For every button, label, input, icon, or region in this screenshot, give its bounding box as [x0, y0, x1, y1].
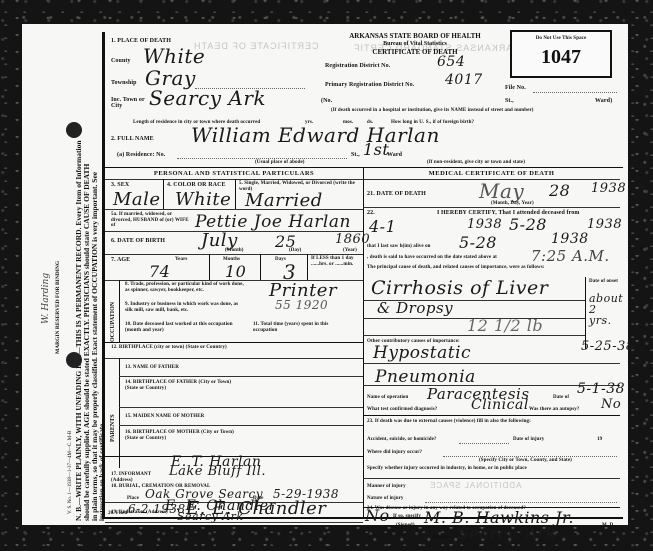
age-months-value: 10 — [225, 262, 246, 281]
death-said-label: , death is said to have occurred on the … — [367, 255, 517, 260]
accident-label: Accident, suicide, or homicide? — [367, 437, 437, 442]
town-label: Inc. Town or City — [111, 97, 151, 109]
bureau-name: Bureau of Vital Statistics — [315, 40, 515, 48]
md-label: M. D. — [602, 523, 615, 528]
street-label: St., — [505, 98, 514, 104]
father-name-label: 13. NAME OF FATHER — [125, 365, 179, 370]
cause-of-death-label: The principal cause of death, and relate… — [367, 265, 617, 271]
office-use-box: Do Not Use This Space 1047 — [510, 30, 612, 78]
county-value: White — [143, 44, 205, 68]
ward-label: Ward) — [595, 98, 612, 104]
medical-certificate-column: MEDICAL CERTIFICATE OF DEATH 21. DATE OF… — [363, 167, 620, 525]
bleed-through-text: ADDITIONAL SPACE — [429, 481, 521, 490]
date-of-onset-label: Date of onset — [589, 279, 619, 285]
attended-from-value: 4-1 — [369, 217, 396, 236]
where-injury-label: Where did injury occur? — [367, 450, 422, 455]
year-caption: (Year) — [343, 248, 357, 253]
test-value: Clinical — [471, 397, 529, 413]
town-value: Searcy Ark — [149, 86, 266, 110]
registration-district-value: 654 — [437, 54, 465, 70]
color-race-label: 4. COLOR OR RACE — [167, 182, 226, 188]
cause-1-onset-value: about 2 yrs. — [589, 293, 619, 326]
autopsy-value: No — [601, 397, 621, 412]
death-certificate-page: V. S. No. 1—1938—1-37—4M—C. M-B N. B.—WR… — [22, 24, 628, 525]
filed-label: 20. Filed — [108, 511, 127, 516]
manner-of-injury-label: Manner of injury — [367, 484, 406, 489]
specify-place-note: (Specify City or Town, County, and State… — [479, 458, 572, 463]
date-of-death-label: 21. DATE OF DEATH — [367, 191, 426, 197]
binding-note-handwritten: W. Harding — [42, 273, 51, 324]
month-day-year-caption: (Month, Day, Year) — [491, 201, 534, 206]
operation-date-value: 5-1-38 — [577, 381, 625, 397]
industry-label: 9. Industry or business in which work wa… — [125, 302, 245, 313]
birthplace-label: 12. BIRTHPLACE (city or town) (State or … — [111, 345, 311, 351]
other-cause-2-value: Pneumonia — [375, 367, 476, 387]
spouse-label: 5a. If married, widowed, or divorced, HU… — [111, 212, 191, 229]
residence-ward-value: 1st — [363, 140, 389, 159]
trade-label: 8. Trade, profession, or particular kind… — [125, 282, 245, 293]
informant-label: 17. INFORMANT (Address) — [111, 472, 171, 483]
specify-where-label: Specify whether injury occurred in indus… — [367, 466, 527, 471]
binding-margin-label: MARGIN RESERVED FOR BINDING — [54, 261, 63, 354]
township-label: Township — [111, 80, 137, 86]
age-years-value: 74 — [149, 262, 170, 281]
color-race-value: White — [175, 189, 231, 210]
file-no-label: File No. — [505, 85, 526, 91]
marital-status-value: Married — [245, 190, 323, 211]
residence-label: (a) Residence: No. — [117, 152, 165, 158]
full-name-label: 2. FULL NAME — [111, 136, 154, 142]
registration-district-label: Registration District No. — [325, 63, 390, 69]
mother-birthplace-label: 16. BIRTHPLACE OF MOTHER (City or Town) … — [125, 430, 235, 441]
residence-street-label: St., — [351, 152, 360, 158]
last-saw-label: that I last saw h(im) alive on — [367, 244, 431, 249]
external-causes-label: 23. If death was due to external causes … — [367, 419, 617, 425]
certificate-title: CERTIFICATE OF DEATH — [315, 48, 515, 56]
residence-ward-label: Ward — [387, 152, 402, 158]
certificate-number: 1047 — [512, 46, 610, 69]
office-use-label: Do Not Use This Space — [512, 36, 610, 41]
age-label: 7. AGE — [111, 257, 130, 263]
attended-to-year-value: 1938 — [587, 217, 622, 232]
physician-address-label: Address — [432, 535, 450, 540]
father-birthplace-label: 14. BIRTHPLACE OF FATHER (City or Town) … — [125, 380, 235, 391]
full-name-value: William Edward Harlan — [191, 123, 440, 147]
death-day-value: 28 — [549, 181, 570, 200]
parents-vertical-label: PARENTS — [109, 414, 118, 442]
punch-hole-top — [66, 122, 82, 138]
cause-1-value: Cirrhosis of Liver — [371, 277, 548, 299]
filed-date-value: 6-2 1938 — [128, 502, 186, 516]
operation-label: Name of operation — [367, 395, 408, 400]
medical-certificate-title: MEDICAL CERTIFICATE OF DEATH — [363, 170, 620, 177]
physician-address-value: Searcy, Ark — [458, 524, 556, 543]
death-month-value: May — [479, 179, 524, 203]
attended-to-value: 5-28 — [509, 215, 547, 234]
last-saw-value: 5-28 — [459, 233, 497, 252]
personal-particulars-title: PERSONAL AND STATISTICAL PARTICULARS — [105, 170, 363, 177]
date-of-birth-label: 6. DATE OF BIRTH — [111, 238, 165, 244]
punch-hole-bottom — [66, 352, 82, 368]
cause-2-value: & Dropsy — [377, 299, 453, 317]
occupation-vertical-label: OCCUPATION — [109, 302, 118, 342]
operation-date-label: Date of — [553, 395, 569, 400]
injury-year-prefix: 19 — [597, 437, 602, 442]
nonresident-note: (If non-resident, give city or town and … — [427, 160, 525, 165]
age-years-label: Years — [175, 257, 187, 262]
day-caption: (Day) — [289, 248, 301, 253]
mother-name-label: 15. MAIDEN NAME OF MOTHER — [125, 414, 204, 419]
time-of-death-value: 7:25 A.M. — [531, 247, 610, 265]
nature-of-injury-label: Nature of injury — [367, 496, 404, 501]
sex-label: 3. SEX — [111, 182, 129, 188]
registrar-signature: E. E. Chandler — [186, 498, 326, 519]
death-year-value: 1938 — [591, 181, 626, 196]
certificate-header: ARKANSAS STATE BOARD OF HEALTH Bureau of… — [315, 32, 515, 56]
other-cause-1-value: Hypostatic — [373, 343, 471, 363]
spouse-value: Pettie Joe Harlan — [195, 212, 351, 232]
test-label: What test confirmed diagnosis? — [367, 407, 437, 412]
signed-label: (Signed) — [396, 523, 415, 528]
last-saw-year-value: 1938 — [551, 231, 589, 247]
industry-value: 55 1920 — [275, 298, 328, 312]
last-worked-label: 10. Date deceased last worked at this oc… — [125, 322, 245, 333]
hospital-note: (If death occurred in a hospital or inst… — [331, 108, 534, 113]
burial-place-label: Place — [127, 496, 139, 501]
usual-abode-note: (Usual place of abode) — [255, 160, 305, 165]
street-no-label: (No. — [321, 98, 332, 104]
primary-registration-value: 4017 — [445, 72, 483, 88]
bleed-through-text: CERTIFICATE OF DEATH — [193, 41, 319, 51]
other-cause-1-onset-value: 5-25-38 — [581, 339, 635, 354]
total-time-label: 11. Total time (years) spent in this occ… — [253, 322, 333, 333]
binding-margin: V. S. No. 1—1938—1-37—4M—C. M-B N. B.—WR… — [22, 24, 96, 525]
date-of-injury-label: Date of injury — [513, 437, 544, 442]
informant-address-value: Lake Bluff Ill. — [169, 464, 266, 479]
less-than-day-label: If LESS than 1 day ......hrs. or ......m… — [311, 256, 361, 268]
if-so-specify-label: If so, specify — [393, 514, 421, 519]
county-label: County — [111, 58, 131, 64]
month-caption: (Month) — [225, 248, 243, 253]
sex-value: Male — [113, 189, 161, 210]
occupation-related-value: No — [365, 506, 390, 525]
attended-from-year-value: 1938 — [467, 217, 502, 232]
board-name: ARKANSAS STATE BOARD OF HEALTH — [315, 32, 515, 40]
primary-registration-label: Primary Registration District No. — [325, 82, 414, 88]
autopsy-label: Was there an autopsy? — [529, 407, 580, 412]
cause-3-value: 12 1/2 lb — [467, 316, 543, 335]
certify-number: 22. — [367, 210, 375, 216]
